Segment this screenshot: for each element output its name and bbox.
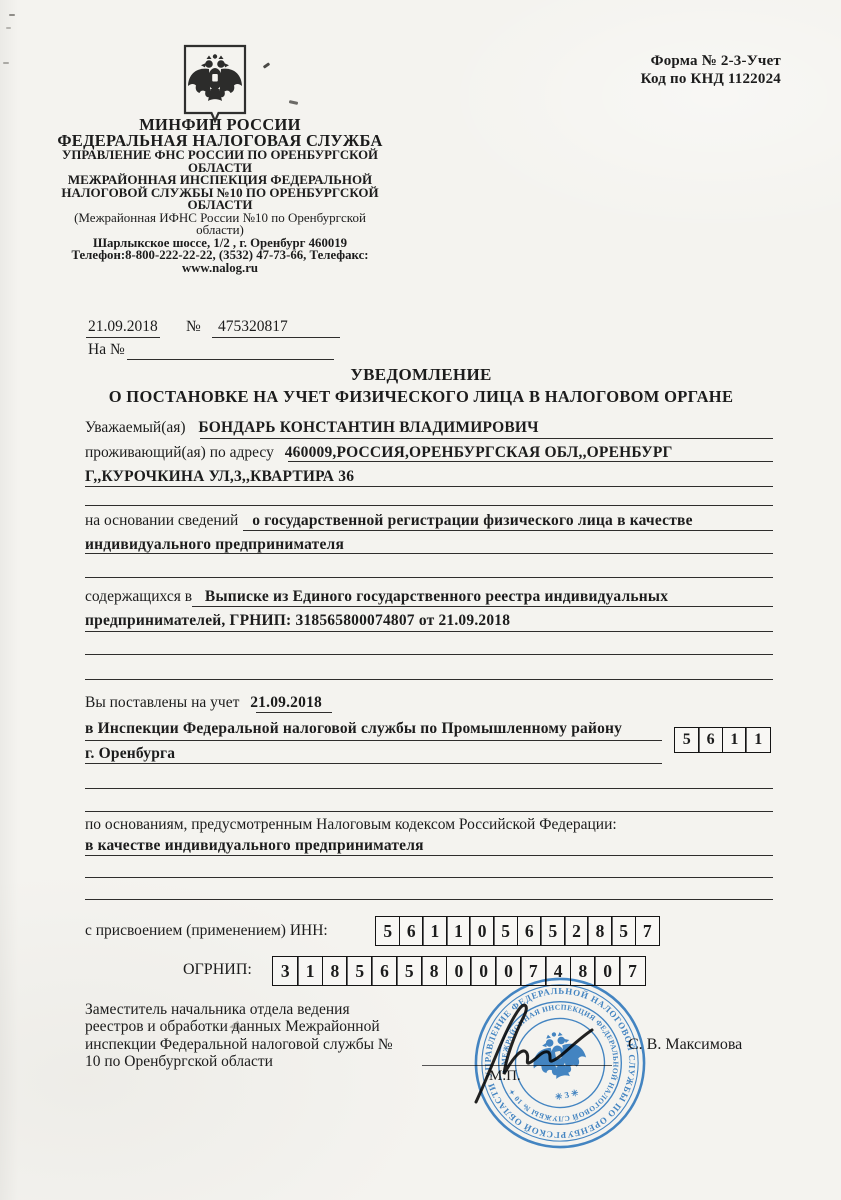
- official-title-line: реестров и обработки данных Межрайонной: [85, 1018, 435, 1035]
- basis-value-continued: индивидуального предпринимателя: [85, 536, 344, 554]
- digit-cell: 5: [396, 956, 423, 986]
- digit-cell: 5: [346, 956, 373, 986]
- digit-cell: 5: [611, 916, 636, 946]
- letterhead: МИНФИН РОССИИ ФЕДЕРАЛЬНАЯ НАЛОГОВАЯ СЛУЖ…: [40, 117, 400, 274]
- digit-cell: 6: [371, 956, 398, 986]
- address-value-continued: Г,,КУРОЧКИНА УЛ,3,,КВАРТИРА 36: [85, 468, 354, 486]
- person-name: БОНДАРЬ КОНСТАНТИН ВЛАДИМИРОВИЧ: [198, 419, 538, 436]
- form-number: Форма № 2-3-Учет: [641, 52, 781, 70]
- document-number: 475320817: [218, 318, 288, 336]
- basis-value: о государственной регистрации физическог…: [252, 512, 693, 529]
- address-value: 460009,РОССИЯ,ОРЕНБУРГСКАЯ ОБЛ,,ОРЕНБУРГ: [285, 444, 673, 461]
- registration-date: 21.09.2018: [250, 694, 322, 711]
- coat-of-arms-icon: [183, 44, 247, 124]
- agency-short-name: области): [40, 224, 400, 236]
- digit-cell: 2: [564, 916, 589, 946]
- contained-label: содержащихся в: [85, 588, 192, 605]
- document-subtitle: О ПОСТАНОВКЕ НА УЧЕТ ФИЗИЧЕСКОГО ЛИЦА В …: [85, 387, 757, 407]
- scan-speck: [9, 14, 15, 16]
- reply-to-label: На №: [88, 341, 125, 359]
- official-title-line: инспекции Федеральной налоговой службы №: [85, 1036, 435, 1053]
- ogrnip-label: ОГРНИП:: [183, 961, 252, 979]
- official-title-line: Заместитель начальника отдела ведения: [85, 1001, 435, 1018]
- digit-cell: 1: [722, 727, 748, 753]
- grounds-label: по основаниям, предусмотренным Налоговым…: [85, 816, 617, 834]
- address-label: проживающий(ая) по адресу: [85, 444, 274, 461]
- digit-cell: 6: [698, 727, 724, 753]
- digit-cell: 1: [422, 916, 447, 946]
- digit-cell: 8: [322, 956, 349, 986]
- digit-cell: 1: [297, 956, 324, 986]
- grounds-value: в качестве индивидуального предпринимате…: [85, 837, 424, 855]
- scan-speck: [3, 62, 9, 64]
- digit-cell: 1: [745, 727, 771, 753]
- digit-cell: 5: [493, 916, 518, 946]
- inspection-code-boxes: 5611: [674, 727, 771, 753]
- digit-cell: 1: [446, 916, 471, 946]
- digit-cell: 8: [587, 916, 612, 946]
- digit-cell: 5: [674, 727, 700, 753]
- signature-ink-icon: [462, 990, 612, 1115]
- inn-digit-boxes: 561105652857: [375, 916, 660, 946]
- registered-label: Вы поставлены на учет: [85, 694, 239, 711]
- scan-speck: [263, 62, 270, 68]
- inn-label: с присвоением (применением) ИНН:: [85, 922, 328, 940]
- salutation-label: Уважаемый(ая): [85, 419, 186, 436]
- agency-website: www.nalog.ru: [40, 262, 400, 274]
- document-title: УВЕДОМЛЕНИЕ: [85, 365, 757, 385]
- scan-speck: [289, 100, 298, 105]
- digit-cell: 0: [469, 916, 494, 946]
- document-date: 21.09.2018: [88, 318, 158, 336]
- basis-line: на основании сведений о государственной …: [85, 512, 693, 530]
- inspection-city-line: г. Оренбурга: [85, 745, 175, 763]
- digit-cell: 7: [635, 916, 660, 946]
- scan-speck: [6, 27, 11, 29]
- agency-name: УПРАВЛЕНИЕ ФНС РОССИИ ПО ОРЕНБУРГСКОЙ: [40, 149, 400, 162]
- official-title: Заместитель начальника отдела ведения ре…: [85, 1001, 435, 1070]
- salutation-line: Уважаемый(ая) БОНДАРЬ КОНСТАНТИН ВЛАДИМИ…: [85, 419, 539, 437]
- number-sign: №: [186, 318, 201, 336]
- digit-cell: 6: [399, 916, 424, 946]
- digit-cell: 5: [375, 916, 400, 946]
- agency-name: ФЕДЕРАЛЬНАЯ НАЛОГОВАЯ СЛУЖБА: [40, 133, 400, 149]
- digit-cell: 0: [446, 956, 473, 986]
- knd-code: Код по КНД 1122024: [641, 70, 781, 88]
- agency-phone: Телефон:8-800-222-22-22, (3532) 47-73-66…: [40, 249, 400, 261]
- registry-extract-value: Выписке из Единого государственного реес…: [205, 588, 668, 605]
- digit-cell: 5: [540, 916, 565, 946]
- scanned-document-page: Форма № 2-3-Учет Код по КНД 1122024 МИНФ…: [0, 0, 841, 1200]
- handwritten-signature: [462, 990, 612, 1115]
- digit-cell: 6: [517, 916, 542, 946]
- basis-label: на основании сведений: [85, 512, 238, 529]
- contained-line: содержащихся в Выписке из Единого госуда…: [85, 588, 668, 606]
- registered-line: Вы поставлены на учет 21.09.2018: [85, 694, 322, 712]
- digit-cell: 3: [272, 956, 299, 986]
- digit-cell: 0: [470, 956, 497, 986]
- inspection-name-line: в Инспекции Федеральной налоговой службы…: [85, 720, 622, 738]
- digit-cell: 8: [421, 956, 448, 986]
- address-line: проживающий(ая) по адресу 460009,РОССИЯ,…: [85, 444, 673, 462]
- official-title-line: 10 по Оренбургской области: [85, 1053, 435, 1070]
- grnip-line: предпринимателей, ГРНИП: 318565800074807…: [85, 612, 510, 630]
- form-info: Форма № 2-3-Учет Код по КНД 1122024: [641, 52, 781, 88]
